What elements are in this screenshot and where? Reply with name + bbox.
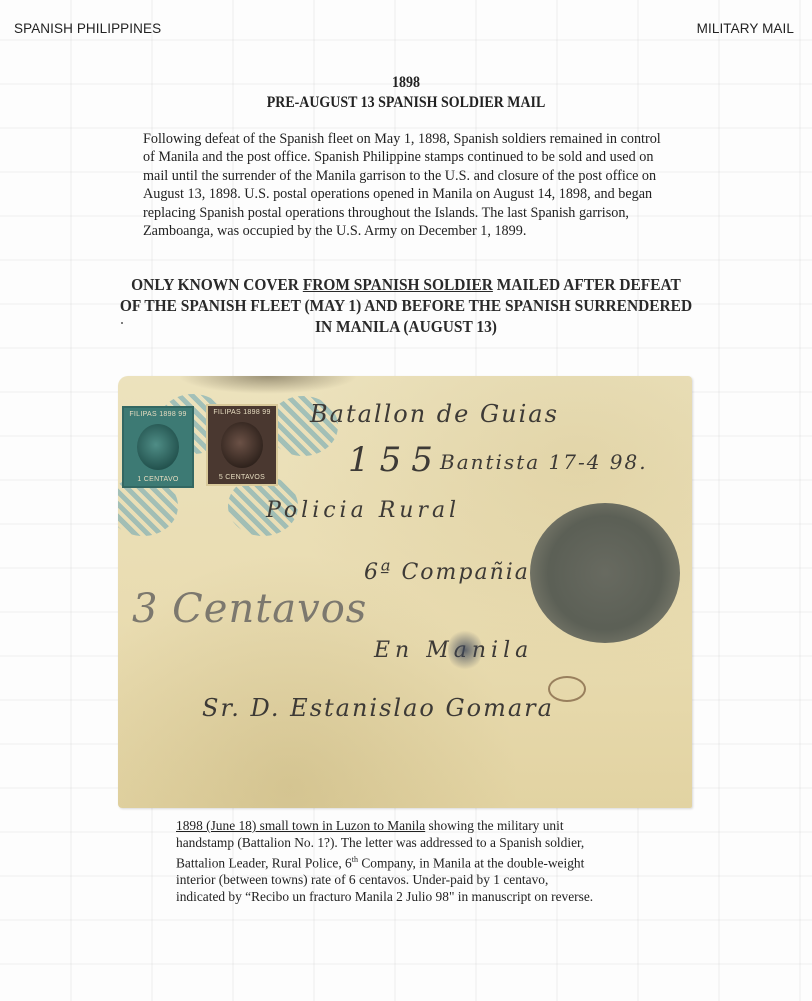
caption-text: Company, in Manila at the double-weight [358,855,584,870]
caption-route: 1898 (June 18) small town in Luzon to Ma… [176,818,425,833]
manuscript-line: Bantista 17-4 98. [440,450,648,474]
speck [121,322,123,324]
caption-text: Battalion Leader, Rural Police, 6 [176,855,352,870]
postal-cover-image: FILIPAS 1898 99 1 CENTAVO FILIPAS 1898 9… [118,376,692,808]
intro-line: Following defeat of the Spanish fleet on… [143,130,723,148]
headline-underlined: FROM SPANISH SOLDIER [303,275,493,294]
manuscript-line: Sr. D. Estanislao Gomara [202,694,554,722]
portrait-icon [221,422,263,468]
intro-line: Zamboanga, was occupied by the U.S. Army… [143,222,723,240]
headline: ONLY KNOWN COVER FROM SPANISH SOLDIER MA… [84,274,728,337]
cover-caption: 1898 (June 18) small town in Luzon to Ma… [176,818,646,905]
header-category: MILITARY MAIL [697,21,794,36]
page-year: 1898 [41,74,772,92]
intro-paragraph: Following defeat of the Spanish fleet on… [143,130,723,240]
stamp-country: FILIPAS 1898 99 [129,411,186,418]
stamp-value: 5 CENTAVOS [219,474,265,481]
military-handstamp [530,503,680,643]
manuscript-line: 6ª Compañia [364,560,530,585]
headline-line: IN MANILA (AUGUST 13) [84,316,728,337]
headline-text: MAILED AFTER DEFEAT [493,275,681,294]
stamp-5-centavos: FILIPAS 1898 99 5 CENTAVOS [206,404,278,486]
stamp-1-centavo: FILIPAS 1898 99 1 CENTAVO [122,406,194,488]
ink-smudge [448,628,482,672]
stain [178,376,358,394]
caption-line: interior (between towns) rate of 6 centa… [176,872,646,889]
oval-marking [548,676,586,702]
caption-text: showing the military unit [425,818,563,833]
intro-line: mail until the surrender of the Manila g… [143,167,723,185]
intro-line: of Manila and the post office. Spanish P… [143,148,723,166]
manuscript-number: 155 [348,440,443,480]
pencil-notation: 3 Centavos [132,586,367,632]
headline-line: OF THE SPANISH FLEET (MAY 1) AND BEFORE … [84,295,728,316]
intro-line: August 13, 1898. U.S. postal operations … [143,185,723,203]
headline-text: ONLY KNOWN COVER [131,275,303,294]
caption-line: indicated by “Recibo un fracturo Manila … [176,889,646,906]
header-section-title: SPANISH PHILIPPINES [14,21,161,36]
caption-line: handstamp (Battalion No. 1?). The letter… [176,835,646,852]
portrait-icon [137,424,179,470]
stamp-value: 1 CENTAVO [137,476,178,483]
manuscript-line: Batallon de Guias [310,400,559,428]
intro-line: replacing Spanish postal operations thro… [143,204,723,222]
manuscript-line: Policia Rural [266,498,460,523]
page-title: PRE-AUGUST 13 SPANISH SOLDIER MAIL [41,94,772,112]
stamp-country: FILIPAS 1898 99 [213,409,270,416]
